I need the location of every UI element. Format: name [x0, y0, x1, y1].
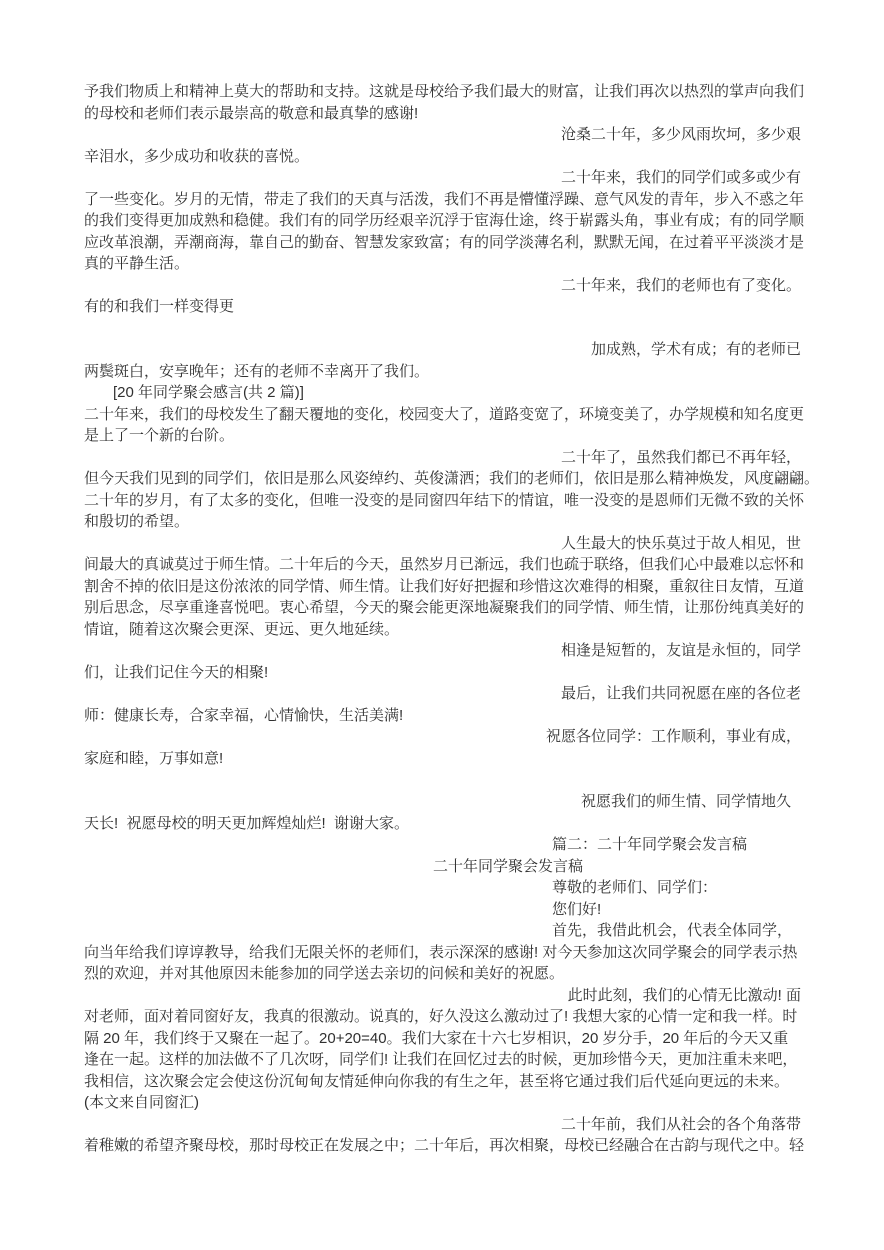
text-line: 有的和我们一样变得更: [84, 296, 801, 318]
text-line: 加成熟，学术有成；有的老师已: [84, 339, 801, 361]
text-line: (本文来自同窗汇): [84, 1092, 801, 1114]
text-line: 向当年给我们谆谆教导，给我们无限关怀的老师们，表示深深的感谢! 对今天参加这次同…: [84, 942, 801, 964]
text-line: 割舍不掉的依旧是这份浓浓的同学情、师生情。让我们好好把握和珍惜这次难得的相聚，重…: [84, 576, 801, 598]
text-line: 沧桑二十年，多少风雨坎坷，多少艰: [84, 124, 801, 146]
text-line: 二十年来，我们的老师也有了变化。: [84, 275, 801, 297]
text-line: 二十年来，我们的同学们或多或少有: [84, 167, 801, 189]
text-line: 最后，让我们共同祝愿在座的各位老: [84, 683, 801, 705]
text-line: 了一些变化。岁月的无情，带走了我们的天真与活泼，我们不再是懵懂浮躁、意气风发的青…: [84, 189, 801, 211]
text-line: 两鬓斑白，安享晚年；还有的老师不幸离开了我们。: [84, 361, 801, 383]
text-line: 别后思念，尽享重逢喜悦吧。衷心希望，今天的聚会能更深地凝聚我们的同学情、师生情，…: [84, 597, 801, 619]
text-line: 但今天我们见到的同学们，依旧是那么风姿绰约、英俊潇洒；我们的老师们，依旧是那么精…: [84, 468, 801, 490]
text-line: 真的平静生活。: [84, 253, 801, 275]
text-line: 祝愿我们的师生情、同学情地久: [84, 791, 801, 813]
text-line: 着稚嫩的希望齐聚母校，那时母校正在发展之中；二十年后，再次相聚，母校已经融合在古…: [84, 1135, 801, 1157]
blank-line: [84, 770, 801, 792]
text-line: 祝愿各位同学：工作顺利，事业有成，: [84, 726, 801, 748]
text-line: [20 年同学聚会感言(共 2 篇)]: [84, 382, 801, 404]
text-line: 逢在一起。这样的加法做不了几次呀，同学们! 让我们在回忆过去的时候，更加珍惜今天…: [84, 1049, 801, 1071]
text-line: 烈的欢迎，并对其他原因未能参加的同学送去亲切的问候和美好的祝愿。: [84, 963, 801, 985]
text-line: 师：健康长寿，合家幸福，心情愉快，生活美满!: [84, 705, 801, 727]
document-content: 予我们物质上和精神上莫大的帮助和支持。这就是母校给予我们最大的财富，让我们再次以…: [84, 81, 801, 1157]
text-line: 我相信，这次聚会定会使这份沉甸甸友情延伸向你我的有生之年，甚至将它通过我们后代延…: [84, 1071, 801, 1093]
text-line: 天长! 祝愿母校的明天更加辉煌灿烂! 谢谢大家。: [84, 813, 801, 835]
text-line: 二十年了，虽然我们都已不再年轻，: [84, 447, 801, 469]
text-line: 二十年的岁月，有了太多的变化，但唯一没变的是同窗四年结下的情谊，唯一没变的是恩师…: [84, 490, 801, 512]
text-line: 您们好!: [84, 899, 801, 921]
text-line: 人生最大的快乐莫过于故人相见，世: [84, 533, 801, 555]
text-line: 予我们物质上和精神上莫大的帮助和支持。这就是母校给予我们最大的财富，让我们再次以…: [84, 81, 801, 103]
text-line: 应改革浪潮，弄潮商海，靠自己的勤奋、智慧发家致富；有的同学淡薄名利，默默无闻，在…: [84, 232, 801, 254]
text-line: 此时此刻，我们的心情无比激动! 面: [84, 985, 801, 1007]
text-line: 情谊，随着这次聚会更深、更远、更久地延续。: [84, 619, 801, 641]
text-line: 辛泪水，多少成功和收获的喜悦。: [84, 146, 801, 168]
document-page: 予我们物质上和精神上莫大的帮助和支持。这就是母校给予我们最大的财富，让我们再次以…: [0, 0, 884, 1250]
text-line: 隔 20 年，我们终于又聚在一起了。20+20=40。我们大家在十六七岁相识，2…: [84, 1028, 801, 1050]
text-line: 篇二：二十年同学聚会发言稿: [84, 834, 801, 856]
text-line: 间最大的真诚莫过于师生情。二十年后的今天，虽然岁月已渐远，我们也疏于联络，但我们…: [84, 554, 801, 576]
text-line: 是上了一个新的台阶。: [84, 425, 801, 447]
text-line: 的我们变得更加成熟和稳健。我们有的同学历经艰辛沉浮于宦海仕途，终于崭露头角，事业…: [84, 210, 801, 232]
text-line: 家庭和睦，万事如意!: [84, 748, 801, 770]
text-line: 二十年前，我们从社会的各个角落带: [84, 1114, 801, 1136]
text-line: 对老师，面对着同窗好友，我真的很激动。说真的，好久没这么激动过了! 我想大家的心…: [84, 1006, 801, 1028]
text-line: 首先，我借此机会，代表全体同学，: [84, 920, 801, 942]
text-line: 相逢是短暂的，友谊是永恒的，同学: [84, 640, 801, 662]
text-line: 和殷切的希望。: [84, 511, 801, 533]
text-line: 二十年同学聚会发言稿: [84, 856, 801, 878]
text-line: 的母校和老师们表示最崇高的敬意和最真挚的感谢!: [84, 103, 801, 125]
text-line: 尊敬的老师们、同学们：: [84, 877, 801, 899]
text-line: 们，让我们记住今天的相聚!: [84, 662, 801, 684]
text-line: 二十年来，我们的母校发生了翻天覆地的变化，校园变大了，道路变宽了，环境变美了，办…: [84, 404, 801, 426]
blank-line: [84, 318, 801, 340]
